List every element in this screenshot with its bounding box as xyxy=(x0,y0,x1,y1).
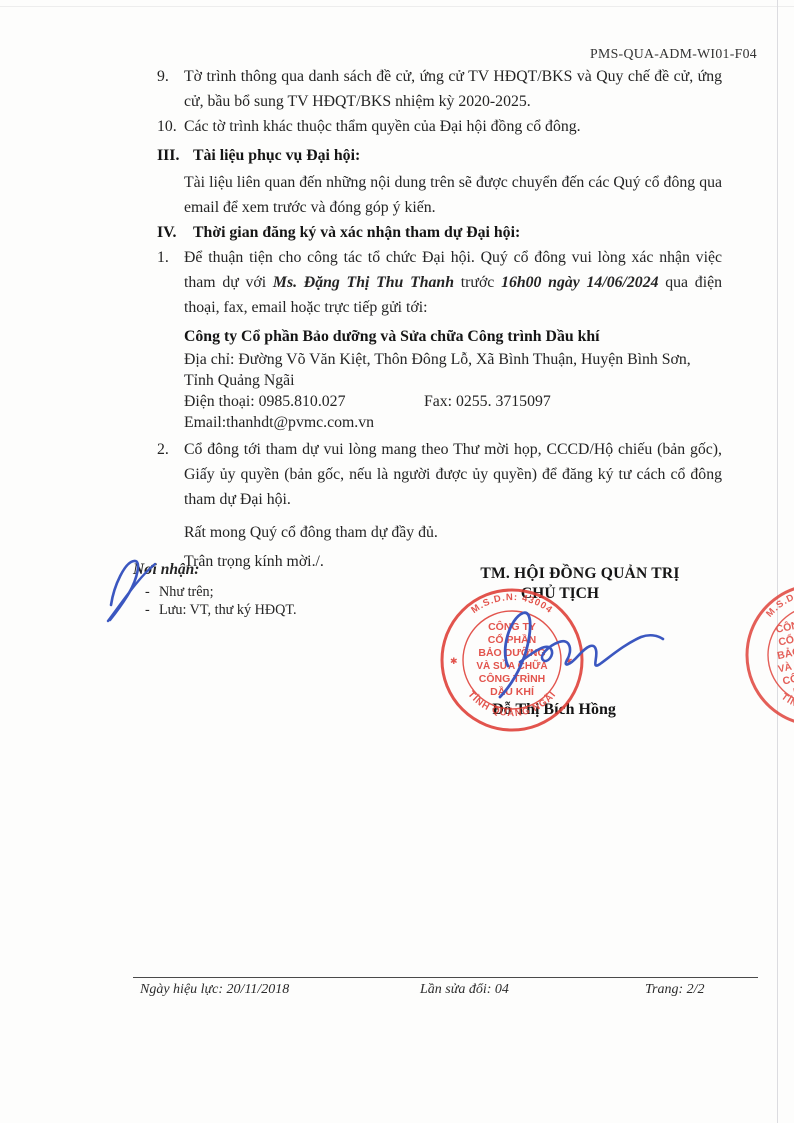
list-item-1: 1. Để thuận tiện cho công tác tổ chức Đạ… xyxy=(157,245,722,320)
handwritten-initial-paraph xyxy=(101,555,163,627)
list-item-number: 1. xyxy=(157,245,184,320)
section-iii-heading: III. Tài liệu phục vụ Đại hội: xyxy=(157,143,722,168)
footer-effective-date: Ngày hiệu lực: 20/11/2018 xyxy=(140,982,289,998)
footer-revision: Lần sửa đổi: 04 xyxy=(420,982,509,998)
list-item-text: Để thuận tiện cho công tác tổ chức Đại h… xyxy=(184,245,722,320)
seal-star-left: ✱ xyxy=(450,656,458,666)
list-item-text: Các tờ trình khác thuộc thẩm quyền của Đ… xyxy=(184,114,722,139)
signature-scribble xyxy=(490,598,670,703)
section-number: III. xyxy=(157,143,193,168)
document-body: 9. Tờ trình thông qua danh sách đề cử, ứ… xyxy=(157,60,722,574)
list-item-9: 9. Tờ trình thông qua danh sách đề cử, ứ… xyxy=(157,64,722,114)
company-address: Địa chỉ: Đường Võ Văn Kiệt, Thôn Đông Lỗ… xyxy=(184,349,722,391)
contact-name: Ms. Đặng Thị Thu Thanh xyxy=(273,274,454,291)
footer-page-number: Trang: 2/2 xyxy=(645,982,705,998)
list-item-text: Cổ đông tới tham dự vui lòng mang theo T… xyxy=(184,437,722,512)
list-item-number: 9. xyxy=(157,64,184,114)
section-title: Tài liệu phục vụ Đại hội: xyxy=(193,143,360,168)
deadline: 16h00 ngày 14/06/2024 xyxy=(501,274,658,291)
section-number: IV. xyxy=(157,220,193,245)
section-iv-heading: IV. Thời gian đăng ký và xác nhận tham d… xyxy=(157,220,722,245)
section-title: Thời gian đăng ký và xác nhận tham dự Đạ… xyxy=(193,220,520,245)
signature-org-line: TM. HỘI ĐỒNG QUẢN TRỊ xyxy=(432,565,728,583)
scan-edge-line-right xyxy=(777,0,778,1123)
company-phone: Điện thoại: 0985.810.027 xyxy=(184,391,420,412)
recipient-text: Như trên; xyxy=(159,584,214,600)
recipient-text: Lưu: VT, thư ký HĐQT. xyxy=(159,602,297,618)
seal-center-line: CÔNG TY xyxy=(774,613,794,636)
list-item-text: Tờ trình thông qua danh sách đề cử, ứng … xyxy=(184,64,722,114)
company-name: Công ty Cổ phần Bảo dưỡng và Sửa chữa Cô… xyxy=(184,324,722,349)
company-email: Email:thanhdt@pvmc.com.vn xyxy=(184,412,722,433)
footer-rule xyxy=(133,977,758,978)
phone-fax-row: Điện thoại: 0985.810.027 Fax: 0255. 3715… xyxy=(184,391,722,412)
item1-text-mid: trước xyxy=(454,274,501,291)
section-iii-paragraph: Tài liệu liên quan đến những nội dung tr… xyxy=(184,170,722,220)
company-fax: Fax: 0255. 3715097 xyxy=(424,393,551,410)
list-item-number: 10. xyxy=(157,114,184,139)
recipient-item: -Như trên; xyxy=(145,583,297,602)
company-contact-block: Công ty Cổ phần Bảo dưỡng và Sửa chữa Cô… xyxy=(184,324,722,433)
recipient-item: -Lưu: VT, thư ký HĐQT. xyxy=(145,601,297,620)
edge-seal-stamp-partial: M.S.D.N: 43004 TỈNH QUẢNG NGÃI CÔNG TY C… xyxy=(728,566,794,744)
scan-edge-line-top xyxy=(0,6,794,7)
list-item-number: 2. xyxy=(157,437,184,512)
closing-line-1: Rất mong Quý cổ đông tham dự đầy đủ. xyxy=(184,520,722,545)
list-item-10: 10. Các tờ trình khác thuộc thẩm quyền c… xyxy=(157,114,722,139)
list-item-2: 2. Cổ đông tới tham dự vui lòng mang the… xyxy=(157,437,722,512)
scanned-document-page: PMS-QUA-ADM-WI01-F04 9. Tờ trình thông q… xyxy=(0,0,794,1123)
